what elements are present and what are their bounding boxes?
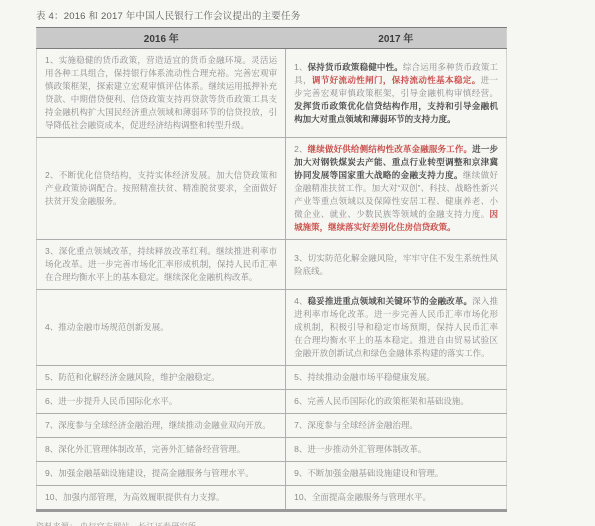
text-segment: 8、深化外汇管理体制改革，完善外汇储备经营管理。 <box>45 444 245 454</box>
task-cell-2017: 8、进一步推动外汇管理体制改革。 <box>286 438 507 462</box>
table-row: 1、实施稳健的货币政策，营造适宜的货币金融环境。灵活运用各种工具组合，保持银行体… <box>37 49 507 138</box>
text-segment: 2、不断优化信贷结构，支持实体经济发展。加大信贷政策和产业政策协调配合。按照精准… <box>45 170 277 206</box>
text-segment: 3、切实防范化解金融风险，牢牢守住不发生系统性风险底线。 <box>294 253 498 276</box>
task-cell-2017: 1、保持货币政策稳健中性。综合运用多种货币政策工具，调节好流动性闸门，保持流动性… <box>286 49 507 138</box>
table-row: 4、推动金融市场规范创新发展。4、稳妥推进重点领域和关键环节的金融改革。深入推进… <box>37 290 507 366</box>
task-cell-2016: 1、实施稳健的货币政策，营造适宜的货币金融环境。灵活运用各种工具组合，保持银行体… <box>37 49 286 138</box>
task-table-body: 1、实施稳健的货币政策，营造适宜的货币金融环境。灵活运用各种工具组合，保持银行体… <box>37 49 507 511</box>
text-segment: 发挥货币政策优化信贷结构作用，支持和引导金融机构加大对重点领域和薄弱环节的支持力… <box>294 101 498 124</box>
task-cell-2017: 3、切实防范化解金融风险，牢牢守住不发生系统性风险底线。 <box>286 240 507 290</box>
table-row: 10、加强内部管理，为高效履职提供有力支撑。10、全面提高金融服务与管理水平。 <box>37 486 507 511</box>
text-segment: 9、加强金融基础设施建设，提高金融服务与管理水平。 <box>45 468 254 478</box>
task-cell-2016: 2、不断优化信贷结构，支持实体经济发展。加大信贷政策和产业政策协调配合。按照精准… <box>37 138 286 240</box>
page-container: 表 4：2016 和 2017 年中国人民银行工作会议提出的主要任务 2016 … <box>0 0 595 526</box>
text-segment: 4、 <box>294 296 308 306</box>
text-segment: 9、不断加强金融基础设施建设和管理。 <box>294 468 443 478</box>
text-segment: 稳妥推进重点领域和关键环节的金融改革。 <box>308 296 473 306</box>
text-segment: 2、 <box>294 144 308 154</box>
task-cell-2017: 2、继续做好供给侧结构性改革金融服务工作。进一步加大对钢铁煤炭去产能、重点行业转… <box>286 138 507 240</box>
task-cell-2017: 5、持续推动金融市场平稳健康发展。 <box>286 366 507 390</box>
text-segment: 7、深度参与全球经济金融治理。 <box>294 420 418 430</box>
tasks-table: 2016 年 2017 年 1、实施稳健的货币政策，营造适宜的货币金融环境。灵活… <box>36 27 507 512</box>
text-segment: 3、深化重点领域改革，持续释放改革红利。继续推进利率市场化改革。进一步完善市场化… <box>45 246 277 282</box>
table-row: 5、防范和化解经济金融风险，维护金融稳定。5、持续推动金融市场平稳健康发展。 <box>37 366 507 390</box>
task-cell-2017: 7、深度参与全球经济金融治理。 <box>286 414 507 438</box>
table-row: 6、进一步提升人民币国际化水平。6、完善人民币国际化的政策框架和基础设施。 <box>37 390 507 414</box>
task-cell-2016: 4、推动金融市场规范创新发展。 <box>37 290 286 366</box>
text-segment: 保持货币政策稳健中性。 <box>308 62 403 72</box>
text-segment: 调节好流动性闸门，保持流动性基本稳定。 <box>312 75 481 85</box>
task-cell-2016: 3、深化重点领域改革，持续释放改革红利。继续推进利率市场化改革。进一步完善市场化… <box>37 240 286 290</box>
text-segment: 5、防范和化解经济金融风险，维护金融稳定。 <box>45 372 220 382</box>
task-cell-2016: 6、进一步提升人民币国际化水平。 <box>37 390 286 414</box>
table-row: 2、不断优化信贷结构，支持实体经济发展。加大信贷政策和产业政策协调配合。按照精准… <box>37 138 507 240</box>
table-row: 8、深化外汇管理体制改革，完善外汇储备经营管理。8、进一步推动外汇管理体制改革。 <box>37 438 507 462</box>
task-cell-2017: 4、稳妥推进重点领域和关键环节的金融改革。深入推进利率市场化改革。进一步完善人民… <box>286 290 507 366</box>
text-segment: 5、持续推动金融市场平稳健康发展。 <box>294 372 435 382</box>
task-cell-2017: 10、全面提高金融服务与管理水平。 <box>286 486 507 511</box>
text-segment: 1、实施稳健的货币政策，营造适宜的货币金融环境。灵活运用各种工具组合，保持银行体… <box>45 55 277 130</box>
text-segment: 继续做好供给侧结构性改革金融服务工作。 <box>308 144 473 154</box>
column-header-2017: 2017 年 <box>286 28 507 49</box>
table-row: 9、加强金融基础设施建设，提高金融服务与管理水平。9、不断加强金融基础设施建设和… <box>37 462 507 486</box>
task-cell-2016: 5、防范和化解经济金融风险，维护金融稳定。 <box>37 366 286 390</box>
text-segment: 7、深度参与全球经济金融治理，继续推动金融业双向开放。 <box>45 420 271 430</box>
task-cell-2017: 6、完善人民币国际化的政策框架和基础设施。 <box>286 390 507 414</box>
task-cell-2016: 9、加强金融基础设施建设，提高金融服务与管理水平。 <box>37 462 286 486</box>
table-row: 3、深化重点领域改革，持续释放改革红利。继续推进利率市场化改革。进一步完善市场化… <box>37 240 507 290</box>
text-segment: 1、 <box>294 62 308 72</box>
text-segment: 10、加强内部管理，为高效履职提供有力支撑。 <box>45 492 224 502</box>
source-note: 资料来源： 央行官方网站，长江证券研究所 <box>36 521 595 526</box>
task-cell-2016: 7、深度参与全球经济金融治理，继续推动金融业双向开放。 <box>37 414 286 438</box>
header-row: 2016 年 2017 年 <box>37 28 507 49</box>
task-cell-2017: 9、不断加强金融基础设施建设和管理。 <box>286 462 507 486</box>
text-segment: 6、进一步提升人民币国际化水平。 <box>45 396 177 406</box>
text-segment: 8、进一步推动外汇管理体制改革。 <box>294 444 426 454</box>
text-segment: 10、全面提高金融服务与管理水平。 <box>294 492 431 502</box>
table-row: 7、深度参与全球经济金融治理，继续推动金融业双向开放。7、深度参与全球经济金融治… <box>37 414 507 438</box>
page: { "title": "表 4：2016 和 2017 年中国人民银行工作会议提… <box>0 0 595 526</box>
task-cell-2016: 8、深化外汇管理体制改革，完善外汇储备经营管理。 <box>37 438 286 462</box>
column-header-2016: 2016 年 <box>37 28 286 49</box>
text-segment: 4、推动金融市场规范创新发展。 <box>45 322 169 332</box>
table-title: 表 4：2016 和 2017 年中国人民银行工作会议提出的主要任务 <box>36 8 595 22</box>
text-segment: 6、完善人民币国际化的政策框架和基础设施。 <box>294 396 469 406</box>
task-cell-2016: 10、加强内部管理，为高效履职提供有力支撑。 <box>37 486 286 511</box>
